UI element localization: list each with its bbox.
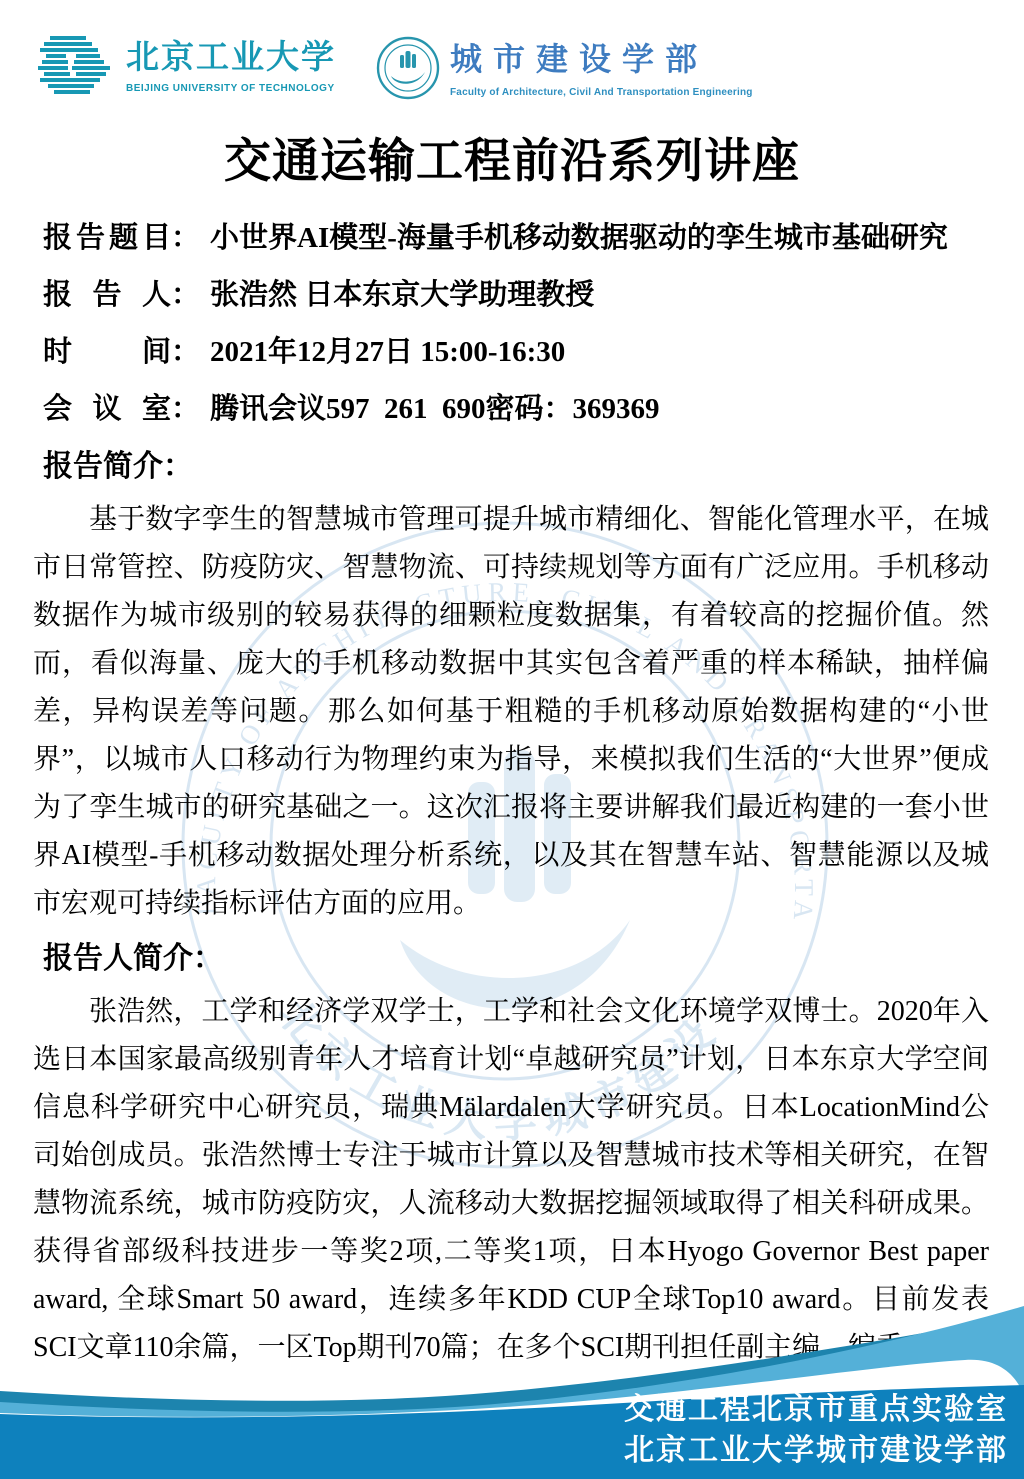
topic-value: 小世界AI模型-海量手机移动数据驱动的孪生城市基础研究 xyxy=(210,222,948,254)
bjut-logo-icon xyxy=(38,36,116,94)
speaker-label: 报 告 人 xyxy=(43,278,171,312)
faculty-logo-text: 城市建设学部 Faculty of Architecture, Civil An… xyxy=(450,39,753,98)
poster-content: 北京工业大学 BEIJING UNIVERSITY OF TECHNOLOGY xyxy=(0,0,1024,1372)
meeting-room-label: 会 议 室 xyxy=(43,392,171,426)
speaker-colon: ： xyxy=(171,279,200,311)
bjut-name-cn: 北京工业大学 xyxy=(126,37,336,77)
info-row-meeting-room: 会 议 室：腾讯会议597 261 690密码：369369 xyxy=(43,392,1024,426)
meeting-room-colon: ： xyxy=(171,393,200,425)
faculty-logo: 城市建设学部 Faculty of Architecture, Civil An… xyxy=(376,36,753,100)
header: 北京工业大学 BEIJING UNIVERSITY OF TECHNOLOGY xyxy=(0,0,1024,100)
abstract-paragraph: 基于数字孪生的智慧城市管理可提升城市精细化、智能化管理水平，在城市日常管控、防疫… xyxy=(33,496,989,928)
faculty-name-cn: 城市建设学部 xyxy=(450,39,753,79)
bjut-name-en: BEIJING UNIVERSITY OF TECHNOLOGY xyxy=(126,83,336,94)
lecture-info: 报告题目：小世界AI模型-海量手机移动数据驱动的孪生城市基础研究 报 告 人：张… xyxy=(43,221,1024,426)
bjut-logo-text: 北京工业大学 BEIJING UNIVERSITY OF TECHNOLOGY xyxy=(126,37,336,94)
topic-colon: ： xyxy=(171,222,200,254)
info-row-time: 时 间：2021年12月27日 15:00-16:30 xyxy=(43,335,1024,369)
abstract-heading: 报告简介： xyxy=(43,449,1024,485)
footer-line-faculty: 北京工业大学城市建设学部 xyxy=(624,1430,1008,1471)
time-colon: ： xyxy=(171,336,200,368)
info-row-speaker: 报 告 人：张浩然 日本东京大学助理教授 xyxy=(43,278,1024,312)
bio-heading: 报告人简介： xyxy=(43,941,1024,977)
page-title: 交通运输工程前沿系列讲座 xyxy=(0,132,1024,190)
time-value: 2021年12月27日 15:00-16:30 xyxy=(210,336,565,368)
faculty-name-en: Faculty of Architecture, Civil And Trans… xyxy=(450,87,753,98)
bjut-logo: 北京工业大学 BEIJING UNIVERSITY OF TECHNOLOGY xyxy=(38,36,336,94)
lecture-poster-page: FACULTY OF ARCHITECTURE, CIVIL AND TRANS… xyxy=(0,0,1024,1479)
time-label: 时 间 xyxy=(43,335,171,369)
footer-organizations: 交通工程北京市重点实验室 北京工业大学城市建设学部 xyxy=(624,1389,1008,1471)
topic-label: 报告题目 xyxy=(43,221,171,255)
speaker-value: 张浩然 日本东京大学助理教授 xyxy=(210,279,594,311)
footer-line-lab: 交通工程北京市重点实验室 xyxy=(624,1389,1008,1430)
meeting-room-value: 腾讯会议597 261 690密码：369369 xyxy=(210,393,660,425)
info-row-topic: 报告题目：小世界AI模型-海量手机移动数据驱动的孪生城市基础研究 xyxy=(43,221,1024,255)
faculty-seal-icon xyxy=(376,36,440,100)
